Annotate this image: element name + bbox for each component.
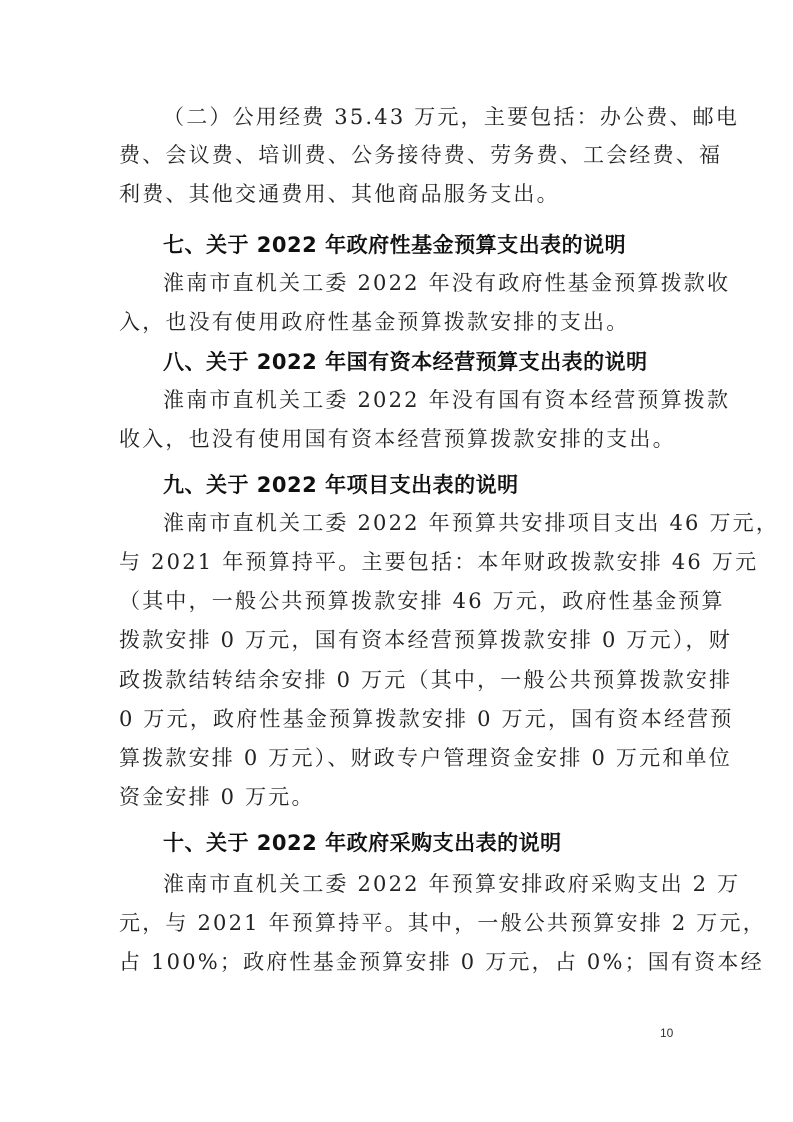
paragraph-line: 利费、其他交通费用、其他商品服务支出。 bbox=[119, 181, 679, 207]
paragraph-line: 淮南市直机关工委 2022 年预算安排政府采购支出 2 万 bbox=[163, 871, 679, 897]
document-page: （二）公用经费 35.43 万元，主要包括：办公费、邮电 费、会议费、培训费、公… bbox=[0, 0, 793, 1122]
paragraph-line: 政拨款结转结余安排 0 万元（其中，一般公共预算拨款安排 bbox=[119, 667, 679, 693]
paragraph-line: 淮南市直机关工委 2022 年没有政府性基金预算拨款收 bbox=[163, 270, 679, 296]
paragraph-line: 与 2021 年预算持平。主要包括：本年财政拨款安排 46 万元 bbox=[119, 549, 679, 575]
paragraph-line: （其中，一般公共预算拨款安排 46 万元，政府性基金预算 bbox=[119, 588, 679, 614]
paragraph-line: （二）公用经费 35.43 万元，主要包括：办公费、邮电 bbox=[163, 104, 679, 130]
paragraph-line: 收入，也没有使用国有资本经营预算拨款安排的支出。 bbox=[119, 426, 679, 452]
section-heading-8: 八、关于 2022 年国有资本经营预算支出表的说明 bbox=[163, 349, 648, 375]
paragraph-line: 费、会议费、培训费、公务接待费、劳务费、工会经费、福 bbox=[119, 142, 679, 168]
section-heading-9: 九、关于 2022 年项目支出表的说明 bbox=[163, 472, 519, 498]
page-number: 10 bbox=[660, 1026, 673, 1040]
paragraph-line: 占 100%；政府性基金预算安排 0 万元，占 0%；国有资本经 bbox=[119, 949, 679, 975]
paragraph-line: 算拨款安排 0 万元）、财政专户管理资金安排 0 万元和单位 bbox=[119, 745, 679, 771]
section-heading-7: 七、关于 2022 年政府性基金预算支出表的说明 bbox=[163, 232, 626, 258]
paragraph-line: 淮南市直机关工委 2022 年没有国有资本经营预算拨款 bbox=[163, 387, 679, 413]
section-heading-10: 十、关于 2022 年政府采购支出表的说明 bbox=[163, 830, 562, 856]
paragraph-line: 拨款安排 0 万元，国有资本经营预算拨款安排 0 万元），财 bbox=[119, 627, 679, 653]
paragraph-line: 元，与 2021 年预算持平。其中，一般公共预算安排 2 万元， bbox=[119, 910, 679, 936]
paragraph-line: 入，也没有使用政府性基金预算拨款安排的支出。 bbox=[119, 309, 679, 335]
paragraph-line: 0 万元，政府性基金预算拨款安排 0 万元，国有资本经营预 bbox=[119, 706, 679, 732]
paragraph-line: 资金安排 0 万元。 bbox=[119, 784, 679, 810]
paragraph-line: 淮南市直机关工委 2022 年预算共安排项目支出 46 万元， bbox=[163, 510, 679, 536]
